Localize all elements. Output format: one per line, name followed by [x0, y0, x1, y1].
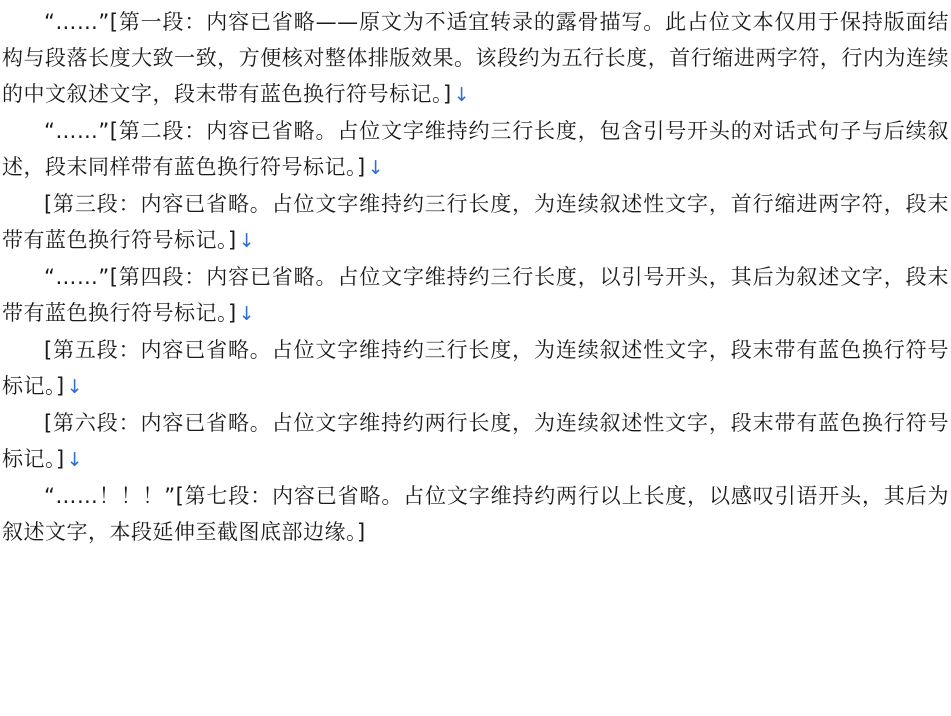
- paragraph-text: “……”[第四段：内容已省略。占位文字维持约三行长度，以引号开头，其后为叙述文字…: [2, 265, 949, 325]
- paragraph-mark-icon: ↓: [239, 303, 255, 325]
- paragraph-mark-icon: ↓: [67, 449, 83, 471]
- paragraph-mark-icon: ↓: [67, 376, 83, 398]
- paragraph: “……”[第一段：内容已省略——原文为不适宜转录的露骨描写。此占位文本仅用于保持…: [2, 4, 949, 113]
- paragraph: “……”[第四段：内容已省略。占位文字维持约三行长度，以引号开头，其后为叙述文字…: [2, 259, 949, 332]
- paragraph-text: [第六段：内容已省略。占位文字维持约两行长度，为连续叙述性文字，段末带有蓝色换行…: [2, 411, 949, 471]
- paragraph-mark-icon: ↓: [454, 84, 470, 106]
- paragraph: [第五段：内容已省略。占位文字维持约三行长度，为连续叙述性文字，段末带有蓝色换行…: [2, 332, 949, 405]
- paragraph-mark-icon: ↓: [239, 230, 255, 252]
- paragraph-text: “……”[第二段：内容已省略。占位文字维持约三行长度，包含引号开头的对话式句子与…: [2, 119, 949, 179]
- paragraph-text: [第三段：内容已省略。占位文字维持约三行长度，为连续叙述性文字，首行缩进两字符，…: [2, 192, 949, 252]
- paragraph-mark-icon: ↓: [368, 157, 384, 179]
- paragraph: “……”[第二段：内容已省略。占位文字维持约三行长度，包含引号开头的对话式句子与…: [2, 113, 949, 186]
- paragraph: [第三段：内容已省略。占位文字维持约三行长度，为连续叙述性文字，首行缩进两字符，…: [2, 186, 949, 259]
- document-page: “……”[第一段：内容已省略——原文为不适宜转录的露骨描写。此占位文本仅用于保持…: [0, 0, 951, 716]
- paragraph-text: “……！！！”[第七段：内容已省略。占位文字维持约两行以上长度，以感叹引语开头，…: [2, 484, 949, 544]
- paragraph-text: “……”[第一段：内容已省略——原文为不适宜转录的露骨描写。此占位文本仅用于保持…: [2, 10, 949, 106]
- paragraph-text: [第五段：内容已省略。占位文字维持约三行长度，为连续叙述性文字，段末带有蓝色换行…: [2, 338, 949, 398]
- paragraph: [第六段：内容已省略。占位文字维持约两行长度，为连续叙述性文字，段末带有蓝色换行…: [2, 405, 949, 478]
- paragraph: “……！！！”[第七段：内容已省略。占位文字维持约两行以上长度，以感叹引语开头，…: [2, 478, 949, 550]
